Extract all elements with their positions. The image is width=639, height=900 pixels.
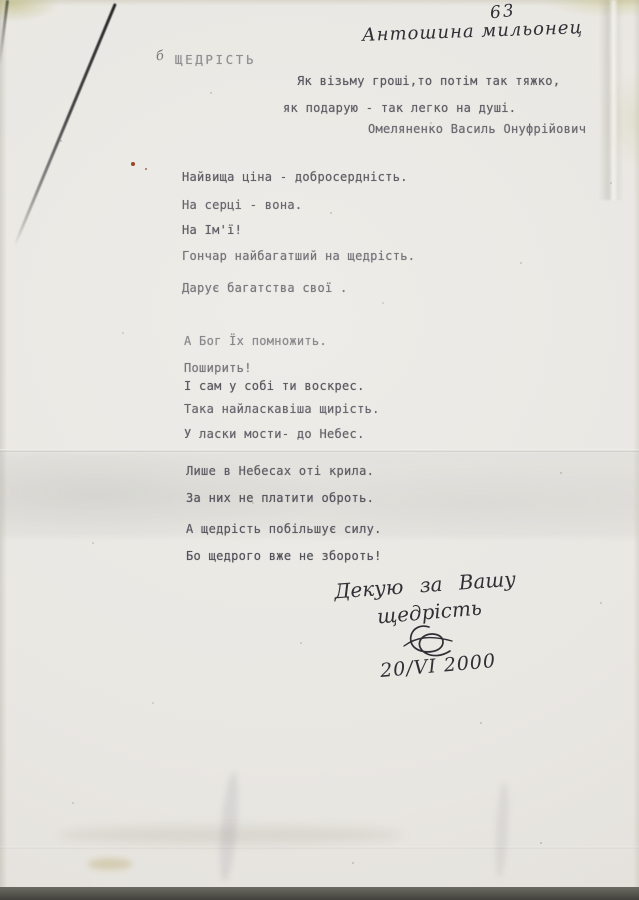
vertical-crease-right xyxy=(599,0,623,200)
tan-stain xyxy=(88,858,132,870)
paper-speckles xyxy=(0,0,2,2)
poem-line: На Ім'ї! xyxy=(182,223,242,237)
epigraph-line: Як візьму гроші,то потім так тяжко, xyxy=(297,74,560,88)
poem-title: ЩЕДРІСТЬ xyxy=(175,52,256,67)
poem-line: За них не платити оброть. xyxy=(186,491,374,505)
epigraph-line: як подарую - так легко на душі. xyxy=(283,101,516,115)
horizontal-fold-line-lower xyxy=(0,846,639,849)
scanned-document-page: 63 Антошина мильонец б ЩЕДРІСТЬ Як візьм… xyxy=(0,0,639,900)
poem-line: Лише в Небесах оті крила. xyxy=(186,464,374,478)
poem-line: Дарує багатства свої . xyxy=(182,281,348,295)
poem-line: У ласки мости- до Небес. xyxy=(184,427,365,441)
red-ink-dots xyxy=(131,162,135,166)
poem-line: Поширить! xyxy=(184,361,252,375)
poem-line: На серці - вона. xyxy=(182,198,302,212)
poem-line: Бо щедрого вже не збороть! xyxy=(186,549,382,563)
scan-bottom-shadow xyxy=(0,887,639,900)
poem-line: А щедрість побільшує силу. xyxy=(186,522,382,536)
horizontal-fold-line xyxy=(0,449,639,452)
poem-line: Гончар найбагатший на щедрість. xyxy=(182,249,415,263)
author-name: Омеляненко Василь Онуфрійович xyxy=(368,122,586,136)
poem-line: І сам у собі ти воскрес. xyxy=(184,379,365,393)
poem-line: Найвища ціна - добросердність. xyxy=(182,170,408,184)
smudge-mark xyxy=(58,826,403,844)
poem-line: А Бог Їх помножить. xyxy=(184,334,327,348)
poem-line: Така найласкавіша щирість. xyxy=(184,402,380,416)
